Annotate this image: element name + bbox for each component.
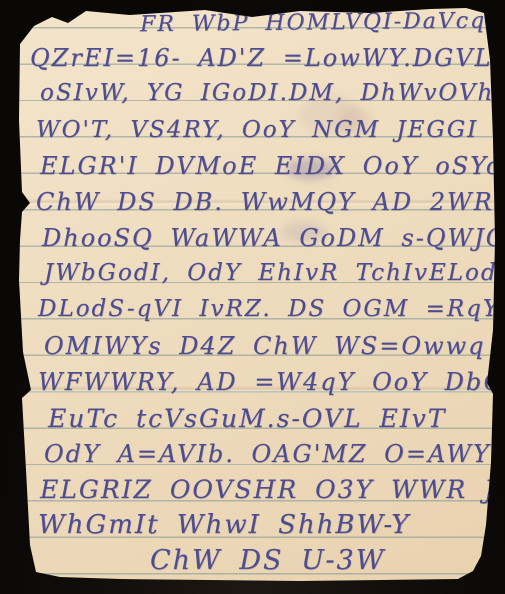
- manuscript-line-3: oSIvW, YG IGoDI.DM, DhWvOVhoDY: [40, 82, 505, 105]
- manuscript-line-7: DhooSQ WaWWA GoDM s-QWJG RA: [42, 226, 505, 250]
- manuscript-line-15: WhGmIt WhwI ShhBW-Y: [38, 512, 410, 538]
- photo-background: FR WbP HOMLVQI-DaVcqL.XVI QZrEI=16- AD'Z…: [0, 0, 505, 594]
- manuscript-line-12: EuTc tcVsGuM.s-OVL EIvT: [48, 406, 446, 431]
- manuscript-line-10: OMIWYs D4Z ChW WS=Owwq: [44, 334, 485, 358]
- manuscript-line-4: WO'T, VS4RY, OoY NGM JEGGI bGMRWY: [36, 119, 505, 142]
- manuscript-line-14: ELGRIZ OOVSHR O3Y WWR JEGGI: [40, 477, 505, 502]
- manuscript-line-5: ELGR'I DVMoE EIDX OoY oSYoDbGIR: [40, 154, 505, 178]
- manuscript-line-8: JWbGodI, OdY EhIvR TchIvELod WZA: [44, 262, 505, 285]
- manuscript-paper: FR WbP HOMLVQI-DaVcqL.XVI QZrEI=16- AD'Z…: [0, 0, 505, 594]
- manuscript-line-9: DLodS-qVI IvRZ. DS OGM =RqY OodY: [38, 298, 505, 321]
- manuscript-line-13: OdY A=AVIb. OAG'MZ O=AWY: [44, 442, 491, 466]
- manuscript-line-2: QZrEI=16- AD'Z =LowWY.DGVLoVIb: [30, 46, 505, 70]
- manuscript-line-16: ChW DS U-3W: [150, 547, 385, 574]
- manuscript-line-1: FR WbP HOMLVQI-DaVcqL.XVI: [140, 10, 505, 36]
- manuscript-line-11: WFWWRY, AD =W4qY OoY DbQV3: [38, 370, 505, 394]
- manuscript-line-6: ChW DS DB. WwMQY AD 2WRY; AD: [36, 190, 505, 214]
